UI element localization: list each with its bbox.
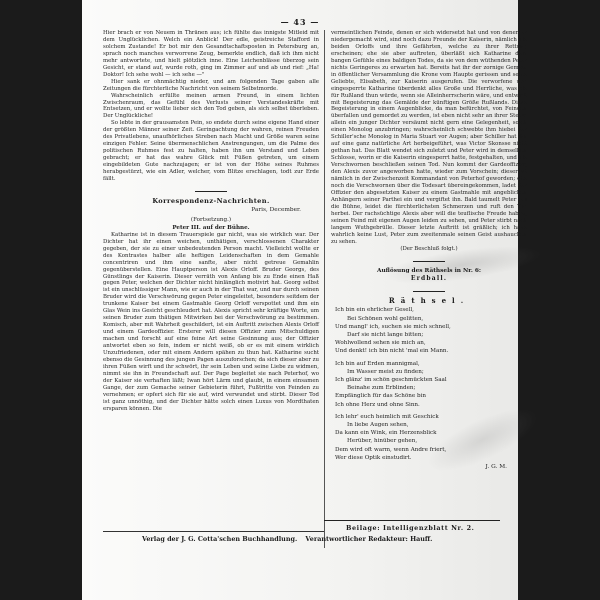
section-divider <box>413 261 445 262</box>
paragraph: Hier sank er ohnmächtig nieder, und am f… <box>103 79 319 93</box>
verse-line: Und mangl' ich, suchen sie mich schnell, <box>335 323 527 331</box>
page-number: — 43 — <box>82 17 518 27</box>
section-divider <box>195 191 227 192</box>
verse-line: Ich bin auf Erden mannigmal, <box>335 360 527 368</box>
verse-line: Dem wird oft warm, wenn Andre friert, <box>335 446 527 454</box>
verse-line: Da kann ein Wink, ein Herzensblick <box>335 429 527 437</box>
paragraph: Katharine ist in diesem Trauerspiele gar… <box>103 232 319 413</box>
verse-line: Beinahe zum Erblinden; <box>335 384 527 392</box>
verse-line: In liebe Augen sehen, <box>335 421 527 429</box>
newspaper-page: — 43 — Hier brach er von Neuem in Thräne… <box>82 0 518 600</box>
supplement-note: Beilage: Intelligenzblatt Nr. 2. <box>346 524 474 532</box>
paragraph: So lebte in der grausamsten Pein, so end… <box>103 120 319 183</box>
verse-line: Und denkt! ich bin nicht 'mal ein Mann. <box>335 347 527 355</box>
riddle-solution-heading: Auflösung des Räthsels in Nr. 6: <box>331 268 527 275</box>
paragraph: Hier brach er von Neuem in Thränen aus; … <box>103 30 319 79</box>
verse-line: Herüber, hinüber gehen, <box>335 437 527 445</box>
imprint-footer: Verlag der J. G. Cotta'schen Buchhandlun… <box>142 535 502 543</box>
verse-line: Empfänglich für das Schöne bin <box>335 392 527 400</box>
column-divider <box>324 30 325 548</box>
riddle-stanza: Ich bin ein ehrlicher Gesell, Bei Schöne… <box>335 306 527 355</box>
publisher-line: Verlag der J. G. Cotta'schen Buchhandlun… <box>142 535 297 543</box>
right-column: vermeintlichen Feinde, denen er sich wid… <box>331 30 527 471</box>
continuation-note: (Fortsetzung.) <box>103 217 319 224</box>
supplement-rule <box>324 520 500 521</box>
riddle-title: Räthsel. <box>331 298 527 305</box>
riddle-stanza: Ich lehr' euch heimlich mit Geschick In … <box>335 413 527 462</box>
riddle-stanza: Ich bin auf Erden mannigmal, Im Wasser m… <box>335 360 527 409</box>
left-column: Hier brach er von Neuem in Thränen aus; … <box>103 30 319 413</box>
verse-line: Wohlwollend sehen sie mich an, <box>335 339 527 347</box>
verse-line: Bei Schönen wohl gelitten, <box>335 315 527 323</box>
verse-line: Ich ohne Herz und ohne Sinn. <box>335 401 527 409</box>
paragraph: Wahrscheinlich erfüllte meinen armen Fre… <box>103 93 319 121</box>
conclusion-note: (Der Beschluß folgt.) <box>331 246 527 253</box>
verse-line: Ich lehr' euch heimlich mit Geschick <box>335 413 527 421</box>
editor-line: Verantwortlicher Redakteur: Hauff. <box>305 535 432 543</box>
footer-rule <box>103 531 324 532</box>
verse-line: Ich bin ein ehrlicher Gesell, <box>335 306 527 314</box>
section-title: Korrespondenz-Nachrichten. <box>103 198 319 205</box>
verse-line: Im Wasser meist zu finden; <box>335 368 527 376</box>
paragraph: vermeintlichen Feinde, denen er sich wid… <box>331 30 527 246</box>
article-subheading: Peter III. auf der Bühne. <box>103 225 319 232</box>
riddle-solution-answer: Erdball. <box>331 276 527 283</box>
verse-line: Ich glänz' im schön geschmückten Saal <box>335 376 527 384</box>
dateline: Paris, December. <box>103 207 319 214</box>
verse-line: Darf sie nicht lange bitten; <box>335 331 527 339</box>
section-divider <box>413 291 445 292</box>
author-signature: J. G. M. <box>331 464 527 471</box>
verse-line: Wer diese Optik einstudirt. <box>335 454 527 462</box>
